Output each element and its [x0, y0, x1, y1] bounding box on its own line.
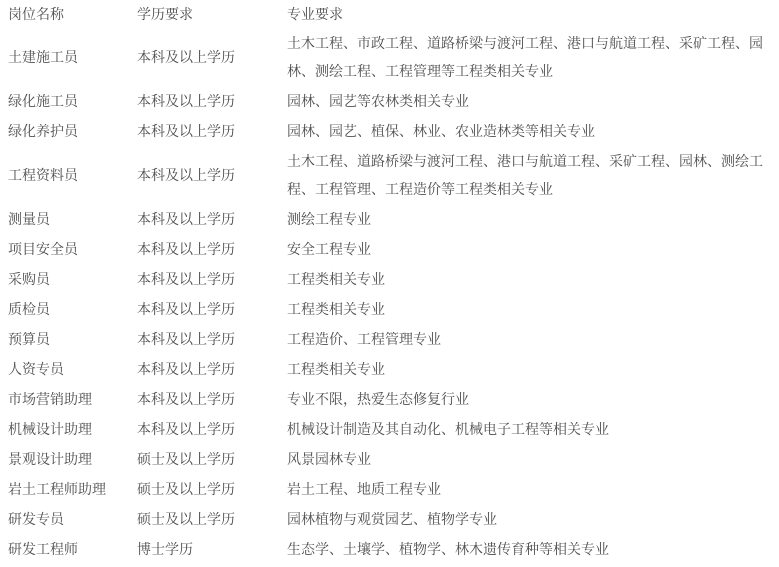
table-row: 人资专员 本科及以上学历 工程类相关专业 [0, 354, 779, 384]
major-cell: 岩土工程、地质工程专业 [287, 474, 779, 504]
table-row: 测量员 本科及以上学历 测绘工程专业 [0, 204, 779, 234]
education-cell: 本科及以上学历 [137, 116, 287, 146]
table-row: 市场营销助理 本科及以上学历 专业不限，热爱生态修复行业 [0, 384, 779, 414]
major-cell: 安全工程专业 [287, 234, 779, 264]
table-body: 土建施工员 本科及以上学历 土木工程、市政工程、道路桥梁与渡河工程、港口与航道工… [0, 28, 779, 564]
major-cell: 机械设计制造及其自动化、机械电子工程等相关专业 [287, 414, 779, 444]
column-header-major: 专业要求 [287, 0, 779, 28]
position-cell: 测量员 [0, 204, 137, 234]
education-cell: 硕士及以上学历 [137, 444, 287, 474]
education-cell: 本科及以上学历 [137, 146, 287, 204]
table-row: 绿化施工员 本科及以上学历 园林、园艺等农林类相关专业 [0, 86, 779, 116]
position-cell: 绿化施工员 [0, 86, 137, 116]
position-cell: 项目安全员 [0, 234, 137, 264]
table-row: 工程资料员 本科及以上学历 土木工程、道路桥梁与渡河工程、港口与航道工程、采矿工… [0, 146, 779, 204]
table-row: 项目安全员 本科及以上学历 安全工程专业 [0, 234, 779, 264]
education-cell: 硕士及以上学历 [137, 504, 287, 534]
major-cell: 园林、园艺等农林类相关专业 [287, 86, 779, 116]
major-cell: 土木工程、市政工程、道路桥梁与渡河工程、港口与航道工程、采矿工程、园林、测绘工程… [287, 28, 779, 86]
major-cell: 工程类相关专业 [287, 264, 779, 294]
education-cell: 本科及以上学历 [137, 28, 287, 86]
position-cell: 人资专员 [0, 354, 137, 384]
column-header-position: 岗位名称 [0, 0, 137, 28]
position-cell: 机械设计助理 [0, 414, 137, 444]
major-cell: 测绘工程专业 [287, 204, 779, 234]
major-cell: 工程类相关专业 [287, 354, 779, 384]
table-row: 岩土工程师助理 硕士及以上学历 岩土工程、地质工程专业 [0, 474, 779, 504]
table-row: 绿化养护员 本科及以上学历 园林、园艺、植保、林业、农业造林类等相关专业 [0, 116, 779, 146]
education-cell: 本科及以上学历 [137, 324, 287, 354]
table-row: 预算员 本科及以上学历 工程造价、工程管理专业 [0, 324, 779, 354]
education-cell: 本科及以上学历 [137, 294, 287, 324]
education-cell: 本科及以上学历 [137, 384, 287, 414]
education-cell: 博士学历 [137, 534, 287, 564]
education-cell: 本科及以上学历 [137, 414, 287, 444]
table-row: 景观设计助理 硕士及以上学历 风景园林专业 [0, 444, 779, 474]
education-cell: 本科及以上学历 [137, 86, 287, 116]
major-cell: 风景园林专业 [287, 444, 779, 474]
education-cell: 本科及以上学历 [137, 234, 287, 264]
table-row: 研发工程师 博士学历 生态学、土壤学、植物学、林木遗传育种等相关专业 [0, 534, 779, 564]
job-requirements-table: 岗位名称 学历要求 专业要求 土建施工员 本科及以上学历 土木工程、市政工程、道… [0, 0, 779, 564]
table-row: 质检员 本科及以上学历 工程类相关专业 [0, 294, 779, 324]
position-cell: 采购员 [0, 264, 137, 294]
table-row: 机械设计助理 本科及以上学历 机械设计制造及其自动化、机械电子工程等相关专业 [0, 414, 779, 444]
major-cell: 园林、园艺、植保、林业、农业造林类等相关专业 [287, 116, 779, 146]
education-cell: 硕士及以上学历 [137, 474, 287, 504]
education-cell: 本科及以上学历 [137, 264, 287, 294]
major-cell: 工程造价、工程管理专业 [287, 324, 779, 354]
table-row: 采购员 本科及以上学历 工程类相关专业 [0, 264, 779, 294]
position-cell: 研发专员 [0, 504, 137, 534]
position-cell: 预算员 [0, 324, 137, 354]
position-cell: 市场营销助理 [0, 384, 137, 414]
table-row: 土建施工员 本科及以上学历 土木工程、市政工程、道路桥梁与渡河工程、港口与航道工… [0, 28, 779, 86]
table-header-row: 岗位名称 学历要求 专业要求 [0, 0, 779, 28]
major-cell: 专业不限，热爱生态修复行业 [287, 384, 779, 414]
column-header-education: 学历要求 [137, 0, 287, 28]
position-cell: 工程资料员 [0, 146, 137, 204]
position-cell: 质检员 [0, 294, 137, 324]
major-cell: 土木工程、道路桥梁与渡河工程、港口与航道工程、采矿工程、园林、测绘工程、工程管理… [287, 146, 779, 204]
education-cell: 本科及以上学历 [137, 204, 287, 234]
position-cell: 研发工程师 [0, 534, 137, 564]
major-cell: 工程类相关专业 [287, 294, 779, 324]
table-row: 研发专员 硕士及以上学历 园林植物与观赏园艺、植物学专业 [0, 504, 779, 534]
position-cell: 土建施工员 [0, 28, 137, 86]
major-cell: 园林植物与观赏园艺、植物学专业 [287, 504, 779, 534]
position-cell: 景观设计助理 [0, 444, 137, 474]
major-cell: 生态学、土壤学、植物学、林木遗传育种等相关专业 [287, 534, 779, 564]
position-cell: 绿化养护员 [0, 116, 137, 146]
education-cell: 本科及以上学历 [137, 354, 287, 384]
position-cell: 岩土工程师助理 [0, 474, 137, 504]
